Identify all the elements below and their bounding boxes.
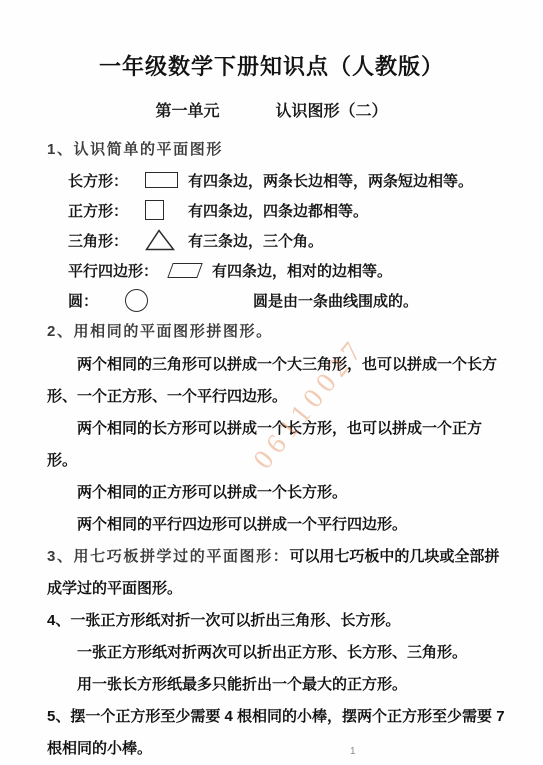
document-page: 06110027 一年级数学下册知识点（人教版） 第一单元 认识图形（二） 1、…	[0, 0, 543, 765]
section4-paragraph-1: 一张正方形纸对折两次可以折出正方形、长方形、三角形。	[47, 637, 505, 669]
rectangle-label: 长方形：	[68, 170, 145, 191]
circle-figure	[125, 289, 148, 312]
section1-heading: 1、认识简单的平面图形	[47, 135, 505, 165]
triangle-figure	[145, 229, 175, 251]
circle-label: 圆：	[68, 290, 125, 311]
section4-heading: 4、一张正方形纸对折一次可以折出三角形、长方形。	[47, 605, 505, 637]
square-figure	[145, 200, 164, 220]
rectangle-description: 有四条边，两条长边相等，两条短边相等。	[188, 170, 473, 191]
unit-label: 第一单元	[155, 98, 219, 121]
section3-heading: 3、用七巧板拼学过的平面图形：	[47, 548, 289, 565]
unit-heading: 第一单元 认识图形（二）	[0, 98, 543, 121]
shape-row-triangle: 三角形： 有三条边，三个角。	[47, 225, 505, 255]
section2-paragraph-1: 两个相同的三角形可以拼成一个大三角形，也可以拼成一个长方形、一个正方形、一个平行…	[47, 349, 505, 413]
shape-row-square: 正方形： 有四条边，四条边都相等。	[47, 195, 505, 225]
parallelogram-description: 有四条边，相对的边相等。	[212, 260, 392, 281]
triangle-label: 三角形：	[68, 230, 145, 251]
square-label: 正方形：	[68, 200, 145, 221]
document-body: 1、认识简单的平面图形 长方形： 有四条边，两条长边相等，两条短边相等。 正方形…	[0, 121, 543, 765]
rectangle-figure	[145, 172, 178, 188]
section3-paragraph: 3、用七巧板拼学过的平面图形：可以用七巧板中的几块或全部拼成学过的平面图形。	[47, 541, 505, 605]
shape-row-rectangle: 长方形： 有四条边，两条长边相等，两条短边相等。	[47, 165, 505, 195]
parallelogram-figure	[167, 263, 202, 278]
section2-paragraph-2: 两个相同的长方形可以拼成一个长方形，也可以拼成一个正方形。	[47, 413, 505, 477]
parallelogram-label: 平行四边形：	[68, 260, 170, 281]
unit-title: 认识图形（二）	[276, 98, 388, 121]
shape-row-parallelogram: 平行四边形： 有四条边，相对的边相等。	[47, 255, 505, 285]
section4-paragraph-2: 用一张长方形纸最多只能折出一个最大的正方形。	[47, 669, 505, 701]
shape-row-circle: 圆： 圆是由一条曲线围成的。	[47, 285, 505, 315]
page-number: 1	[350, 746, 356, 757]
section5-paragraph: 5、摆一个正方形至少需要 4 根相同的小棒，摆两个正方形至少需要 7 根相同的小…	[47, 701, 505, 765]
page-title: 一年级数学下册知识点（人教版）	[0, 0, 543, 81]
circle-description: 圆是由一条曲线围成的。	[253, 290, 418, 311]
triangle-description: 有三条边，三个角。	[188, 230, 323, 251]
section2-paragraph-4: 两个相同的平行四边形可以拼成一个平行四边形。	[47, 509, 505, 541]
section2-heading: 2、用相同的平面图形拼图形。	[47, 315, 505, 349]
square-description: 有四条边，四条边都相等。	[188, 200, 368, 221]
section2-paragraph-3: 两个相同的正方形可以拼成一个长方形。	[47, 477, 505, 509]
